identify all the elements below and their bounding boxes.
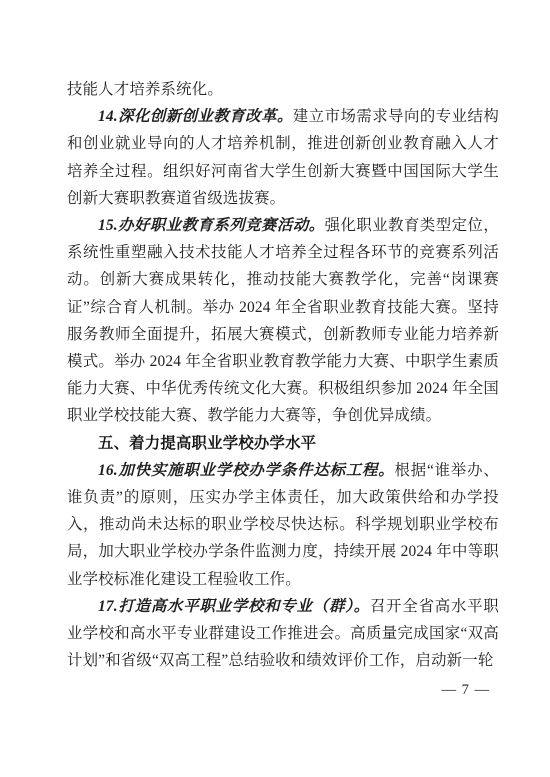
page-number: — 7 — <box>442 681 491 699</box>
paragraph: 14.深化创新创业教育改革。建立市场需求导向的专业结构和创业就业导向的人才培养机… <box>67 103 499 212</box>
text-segment: 技能人才培养系统化。 <box>67 81 223 98</box>
bold-lead-segment: 15.办好职业教育系列竞赛活动。 <box>98 217 325 234</box>
text-segment: 强化职业教育类型定位，系统性重塑融入技术技能人才培养全过程各环节的竞赛系列活动。… <box>67 217 499 424</box>
bold-lead-segment: 14.深化创新创业教育改革。 <box>98 108 293 125</box>
document-page: 技能人才培养系统化。14.深化创新创业教育改革。建立市场需求导向的专业结构和创业… <box>0 0 550 777</box>
bold-lead-segment: 16.加快实施职业学校办学条件达标工程。 <box>98 462 395 479</box>
section-heading: 五、着力提高职业学校办学水平 <box>67 430 499 457</box>
paragraph: 16.加快实施职业学校办学条件达标工程。根据“谁举办、谁负责”的原则，压实办学主… <box>67 457 499 593</box>
bold-lead-segment: 五、着力提高职业学校办学水平 <box>98 435 316 452</box>
bold-lead-segment: 17.打造高水平职业学校和专业（群）。 <box>98 598 370 615</box>
paragraph: 17.打造高水平职业学校和专业（群）。召开全省高水平职业学校和高水平专业群建设工… <box>67 593 499 675</box>
text-segment: 根据“谁举办、谁负责”的原则，压实办学主体责任，加大政策供给和办学投入，推动尚未… <box>67 462 499 588</box>
paragraph: 技能人才培养系统化。 <box>67 76 499 103</box>
paragraph: 15.办好职业教育系列竞赛活动。强化职业教育类型定位，系统性重塑融入技术技能人才… <box>67 212 499 430</box>
text-block: 技能人才培养系统化。14.深化创新创业教育改革。建立市场需求导向的专业结构和创业… <box>67 76 499 674</box>
